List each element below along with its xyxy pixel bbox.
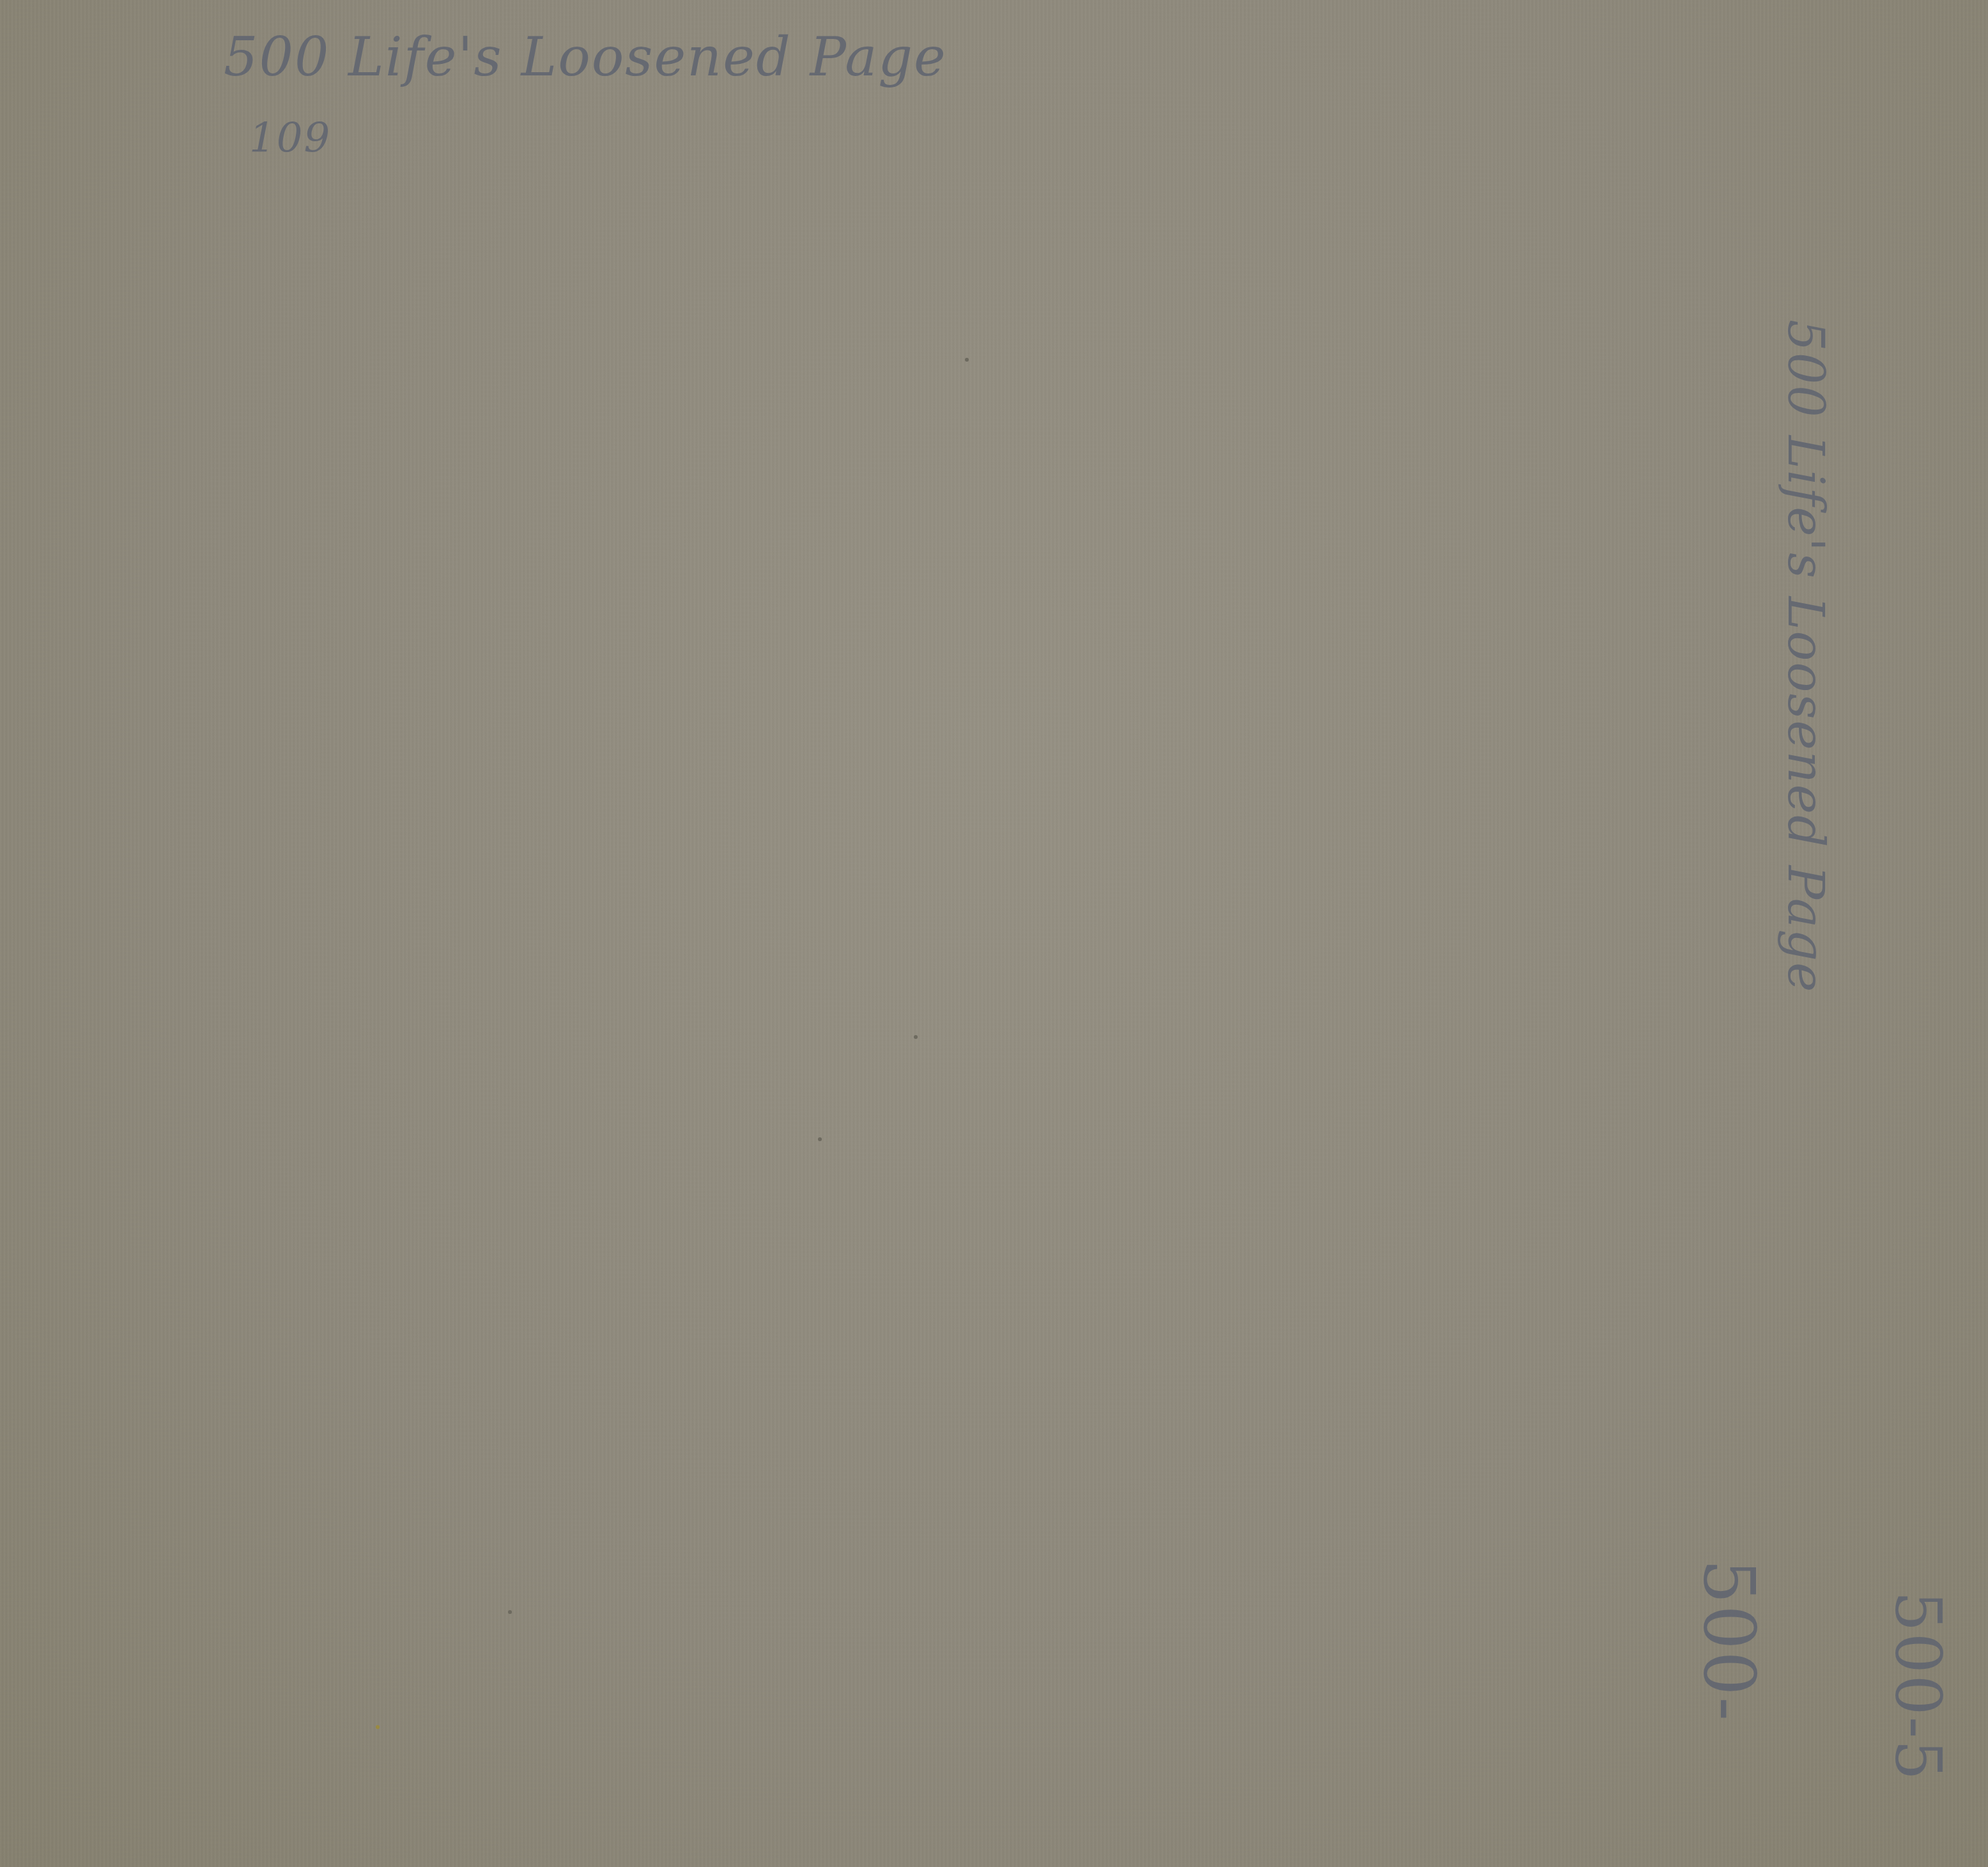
pencil-side-title-annotation: 500 Life's Loosened Page <box>1776 319 1834 993</box>
paper-speck <box>508 1610 512 1614</box>
pencil-side-number-b: 500-5 <box>1881 1591 1955 1781</box>
pencil-side-number-a: 500- <box>1688 1559 1770 1722</box>
paper-speck <box>376 1725 380 1729</box>
paper-speck <box>818 1137 822 1141</box>
paper-speck <box>914 1035 918 1039</box>
pencil-title-annotation: 500 Life's Loosened Page <box>224 26 947 88</box>
paper-speck <box>965 358 969 362</box>
pencil-number-annotation: 109 <box>249 115 331 162</box>
